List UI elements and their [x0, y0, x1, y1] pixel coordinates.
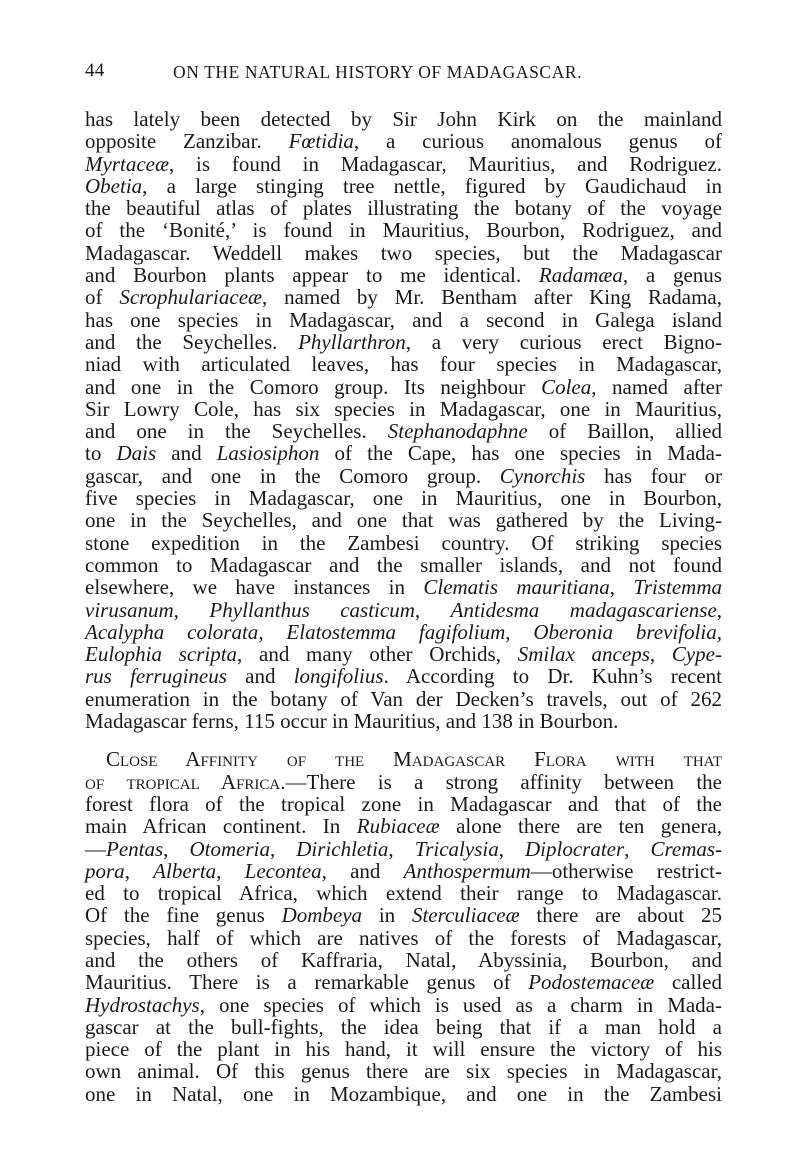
- text-line: and one in the Seychelles. Stephanodaphn…: [85, 420, 722, 442]
- text-line: Obetia, a large stinging tree nettle, fi…: [85, 175, 722, 197]
- text-line: of tropical Africa.—There is a strong af…: [85, 771, 722, 793]
- text-line: five species in Madagascar, one in Mauri…: [85, 487, 722, 509]
- text-line: own animal. Of this genus there are six …: [85, 1060, 722, 1082]
- text-line: pora, Alberta, Lecontea, and Anthospermu…: [85, 860, 722, 882]
- text-line: stone expedition in the Zambesi country.…: [85, 532, 722, 554]
- text-line: niad with articulated leaves, has four s…: [85, 353, 722, 375]
- text-line: elsewhere, we have instances in Clematis…: [85, 576, 722, 598]
- text-line: Mauritius. There is a remarkable genus o…: [85, 971, 722, 993]
- text-line: and the others of Kaffraria, Natal, Abys…: [85, 949, 722, 971]
- text-line: Madagascar. Weddell makes two species, b…: [85, 242, 722, 264]
- text-line: has one species in Madagascar, and a sec…: [85, 309, 722, 331]
- running-title: ON THE NATURAL HISTORY OF MADAGASCAR.: [173, 62, 582, 83]
- text-line: piece of the plant in his hand, it will …: [85, 1038, 722, 1060]
- text-line: main African continent. In Rubiaceæ alon…: [85, 815, 722, 837]
- text-line: of the ‘Bonité,’ is found in Mauritius, …: [85, 219, 722, 241]
- text-line: gascar at the bull-fights, the idea bein…: [85, 1016, 722, 1038]
- text-line: has lately been detected by Sir John Kir…: [85, 108, 722, 130]
- running-head: 44 ON THE NATURAL HISTORY OF MADAGASCAR.: [85, 58, 722, 88]
- text-line: to Dais and Lasiosiphon of the Cape, has…: [85, 442, 722, 464]
- page-number: 44: [85, 60, 104, 82]
- text-line: Close Affinity of the Madagascar Flora w…: [85, 748, 722, 770]
- book-page: 44 ON THE NATURAL HISTORY OF MADAGASCAR.…: [85, 58, 722, 1105]
- paragraph-endemic-species: has lately been detected by Sir John Kir…: [85, 108, 722, 732]
- text-line: Madagascar ferns, 115 occur in Mauritius…: [85, 710, 722, 732]
- text-line: enumeration in the botany of Van der Dec…: [85, 688, 722, 710]
- text-line: and Bourbon plants appear to me identica…: [85, 264, 722, 286]
- text-line: Eulophia scripta, and many other Orchids…: [85, 643, 722, 665]
- text-line: forest flora of the tropical zone in Mad…: [85, 793, 722, 815]
- text-line: Hydrostachys, one species of which is us…: [85, 994, 722, 1016]
- text-line: Sir Lowry Cole, has six species in Madag…: [85, 398, 722, 420]
- text-line: one in the Seychelles, and one that was …: [85, 509, 722, 531]
- text-line: ed to tropical Africa, which extend thei…: [85, 882, 722, 904]
- text-line: one in Natal, one in Mozambique, and one…: [85, 1083, 722, 1105]
- text-line: and the Seychelles. Phyllarthron, a very…: [85, 331, 722, 353]
- text-line: common to Madagascar and the smaller isl…: [85, 554, 722, 576]
- text-line: virusanum, Phyllanthus casticum, Antides…: [85, 599, 722, 621]
- text-line: gascar, and one in the Comoro group. Cyn…: [85, 465, 722, 487]
- text-line: Myrtaceæ, is found in Madagascar, Maurit…: [85, 153, 722, 175]
- text-line: species, half of which are natives of th…: [85, 927, 722, 949]
- text-line: rus ferrugineus and longifolius. Accordi…: [85, 665, 722, 687]
- text-line: —Pentas, Otomeria, Dirichletia, Tricalys…: [85, 838, 722, 860]
- text-line: Of the fine genus Dombeya in Sterculiace…: [85, 904, 722, 926]
- text-line: the beautiful atlas of plates illustrati…: [85, 197, 722, 219]
- text-line: opposite Zanzibar. Fœtidia, a curious an…: [85, 130, 722, 152]
- paragraph-african-affinity: Close Affinity of the Madagascar Flora w…: [85, 748, 722, 1105]
- text-line: and one in the Comoro group. Its neighbo…: [85, 376, 722, 398]
- text-line: of Scrophulariaceæ, named by Mr. Bentham…: [85, 286, 722, 308]
- text-line: Acalypha colorata, Elatostemma fagifoliu…: [85, 621, 722, 643]
